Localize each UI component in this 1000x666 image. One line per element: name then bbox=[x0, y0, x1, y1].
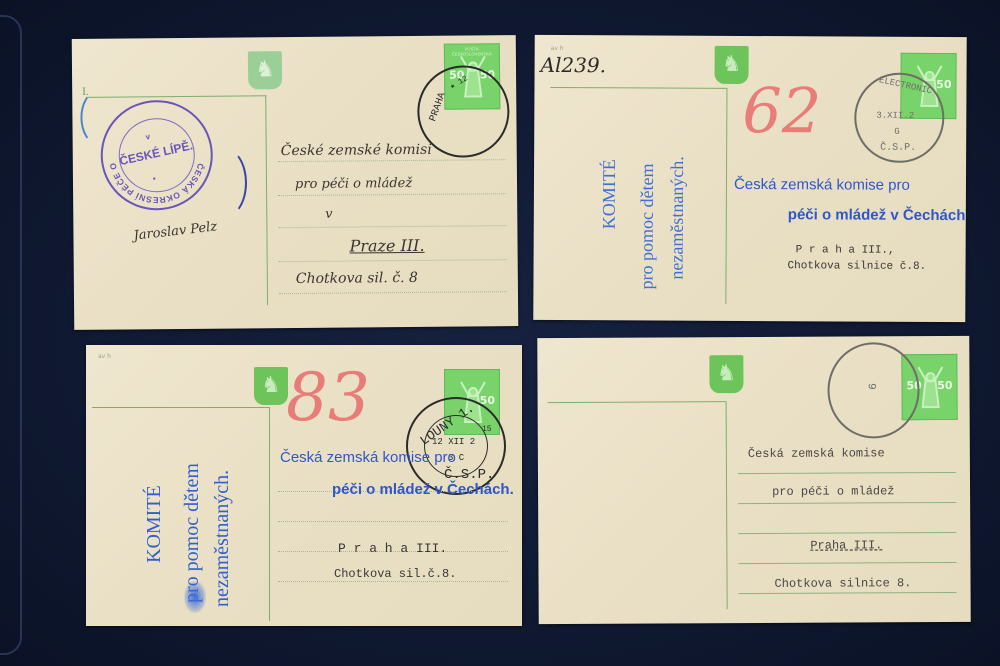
coat-of-arms-icon: ♞ bbox=[254, 367, 288, 405]
coat-of-arms-icon: ♞ bbox=[709, 355, 743, 393]
print-line bbox=[86, 95, 266, 98]
album-slot-edge bbox=[0, 15, 22, 655]
ink-smudge bbox=[184, 581, 206, 613]
red-pencil-number: 62 bbox=[742, 74, 821, 147]
typed-address-line-2: pro péči o mládež bbox=[772, 484, 894, 499]
address-line-1: České zemské komisi bbox=[281, 142, 432, 159]
typed-address-line-1: P r a h a III. bbox=[338, 541, 447, 556]
typed-address-line-4: Chotkova silnice 8. bbox=[775, 576, 912, 591]
komite-stamp-line-1: KOMITÉ bbox=[144, 485, 165, 563]
postcard-top-right: av h Al239. ♞ KOMITÉ pro pomoc dětem nez… bbox=[533, 35, 966, 322]
commission-stamp-line-2: péči o mládež v Čechách. bbox=[788, 206, 967, 224]
komite-stamp-line-3: nezaměstnaných. bbox=[667, 156, 687, 280]
address-line-2: pro péči o mládež bbox=[295, 176, 412, 192]
address-line-5: Chotkova sil. č. 8 bbox=[296, 270, 418, 287]
typed-address-line-1: Česká zemská komise bbox=[748, 446, 885, 461]
typed-address-line-2: Chotkova silnice č.8. bbox=[788, 260, 927, 273]
typed-address-line-1: P r a h a III., bbox=[796, 244, 895, 257]
komite-stamp-line-3: nezaměstnaných. bbox=[212, 470, 233, 607]
district-youth-care-seal: ČESKÁ OKRESNÍ PÉČE O MLÁDEŽ v ČESKÉ LÍPĚ… bbox=[100, 100, 213, 211]
print-divider bbox=[265, 95, 268, 305]
postcard-top-left: I. ♞ ČESKÁ OKRESNÍ PÉČE O MLÁDEŽ v ČESKÉ… bbox=[72, 35, 519, 330]
komite-stamp-line-2: pro pomoc dětem bbox=[637, 163, 657, 289]
reference-note: Al239. bbox=[541, 53, 606, 77]
postcard-bottom-right: ♞ 50 50 9 Česká zemská komise pro péči o… bbox=[537, 336, 970, 624]
typed-address-line-2: Chotkova sil.č.8. bbox=[334, 567, 456, 581]
commission-stamp-line-1: Česká zemská komise pro bbox=[280, 449, 456, 466]
red-pencil-number: 83 bbox=[286, 359, 370, 436]
postmark-faded: 9 bbox=[827, 342, 920, 438]
address-line-3: v bbox=[325, 207, 332, 222]
postmark-electronic: ELECTRONIC 3.XII.2 G Č.S.P. bbox=[854, 73, 944, 163]
address-line-4: Praze III. bbox=[349, 236, 424, 256]
coat-of-arms-icon: ♞ bbox=[248, 51, 282, 89]
liberated-republic-figure-icon bbox=[916, 363, 944, 415]
typed-address-line-3: Praha III. bbox=[810, 538, 882, 552]
postcard-bottom-left: av h ♞ KOMITÉ pro pomoc dětem nezaměstna… bbox=[86, 345, 522, 626]
komite-stamp-line-1: KOMITÉ bbox=[600, 159, 619, 229]
commission-stamp-line-2: péči o mládež v Čechách. bbox=[332, 481, 514, 498]
sender-signature: Jaroslav Pelz bbox=[133, 219, 218, 243]
commission-stamp-line-1: Česká zemská komise pro bbox=[734, 176, 910, 194]
